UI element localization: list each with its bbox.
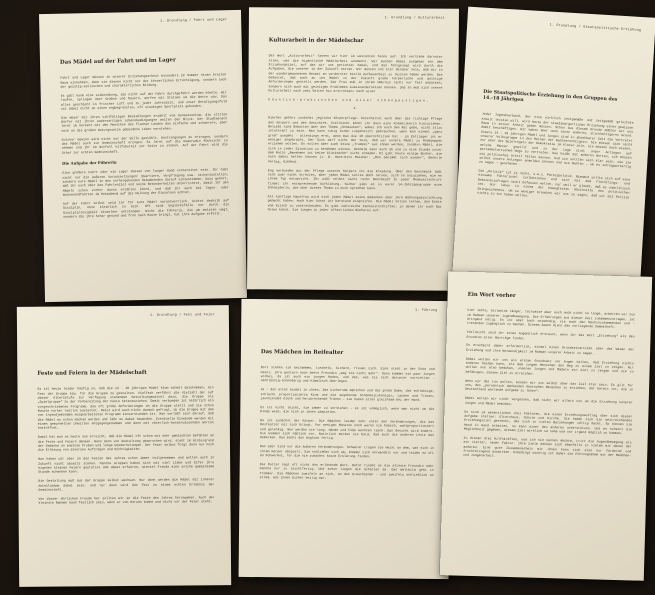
page-title: Das Mädchen im Reifealter	[261, 349, 435, 357]
page-body: Die Staatspolitische Erziehung in den Gr…	[457, 89, 652, 216]
page-title: Feste und Feiern in der Mädelschaft	[37, 369, 213, 377]
documents-photo: 1. Grundlung / Fahrt und Lager Das Mädel…	[0, 0, 655, 595]
page-title: Das Mädel auf der Fahrt und im Lager	[60, 56, 226, 66]
page-body: Kulturarbeit in der Mädelschar Das Wort …	[247, 37, 458, 223]
paragraph: Eine größere Fahrt oder ein Lager müssen…	[62, 167, 229, 197]
paragraph: Das Wort „Kulturarbeit“ fassen wir hier …	[268, 54, 442, 94]
paragraph: Zu diesen drei Hilfskräften, wie ich sie…	[463, 436, 632, 462]
paragraph: Solcher Gewinn wird nicht nur der Wille …	[62, 134, 228, 155]
paragraph: Es erscheint daher erforderlich, einmal …	[466, 343, 634, 356]
centerline: 1.	[268, 107, 442, 112]
paragraph: Eng verbunden mit der Pflege unseres Kör…	[268, 168, 442, 191]
document-page-5: 1. Führung Das Mädchen im Reifealter Dor…	[239, 299, 452, 579]
paragraph: Wenn wir das tun wollen, müssen wir uns …	[465, 378, 633, 396]
paragraph: Es gibt kaum eine Leibesübung, die nicht…	[61, 90, 227, 111]
paragraph: Vier Jahre, teilweise länger, teilweise …	[467, 308, 635, 330]
document-page-3: 1. Grundlung / Staatspolitische Erziehun…	[452, 7, 655, 290]
spaced: häuslich-praktischen und einer schöngeis…	[268, 97, 442, 103]
subhead: Die Aufgabe der Führerin	[62, 158, 228, 166]
paragraph: Es sind im wesentlichen drei Faktoren, d…	[464, 409, 633, 435]
paragraph: Ja – das alles einmal in ihnen. Das kich…	[260, 387, 434, 402]
paragraph: Von dieser ehrlichen Freude her sollten …	[38, 495, 214, 505]
page-header: 1. Grundlung / Kulturarbeit	[249, 7, 459, 20]
paragraph: Auf der Fahrt selbst seid ihr für eure M…	[63, 198, 229, 219]
page-body: Das Mädel auf der Fahrt und im Lager Fah…	[40, 56, 246, 230]
document-page-4: 1. Grundlung / Fest und Feier Feste und …	[17, 305, 231, 587]
page-header: 1. Grundlung / Fahrt und Lager	[39, 10, 241, 26]
paragraph: Es ist heute leider häufig so, daß die 1…	[37, 385, 213, 430]
paragraph: Dabei wollen wir uns als ersten Grundsat…	[465, 356, 633, 378]
paragraph: Das aber sind nur die äußeren Veränderun…	[260, 445, 434, 460]
paragraph: Als künftige Hausfrau wird sich jedes Mä…	[268, 194, 442, 213]
page-header: 1. Grundlung / Staatspolitische Erziehun…	[467, 7, 655, 34]
paragraph: Da ist zunächst der Körper. Die Mädchen …	[260, 418, 434, 442]
page-header: 1. Grundlung / Fest und Feier	[17, 305, 229, 319]
paragraph: Dabei wollen wir nicht vergessen, daß ni…	[465, 396, 633, 409]
paragraph: Fahrt und Lager müssen in unserer Erzieh…	[60, 72, 226, 89]
paragraph: Nun haben wir aber an den Festen des Jah…	[38, 455, 214, 474]
paragraph: Die „Politik“ ist ja nicht, s.w.z. Parte…	[477, 169, 630, 204]
page-body: Das Mädchen im Reifealter Dort stehen si…	[239, 349, 450, 492]
page-header: 1. Führung	[241, 299, 451, 313]
paragraph: Vielleicht seid ihr einen Augenblick ers…	[466, 330, 634, 343]
paragraph: Es ist nicht leicht, sie immer zu verste…	[260, 405, 434, 416]
paragraph: Damit hat man es heute nun erreicht, daß…	[38, 433, 214, 452]
page-body: Ein Wort vorher Vier Jahre, teilweise lä…	[443, 291, 652, 473]
paragraph: Die Weser mit ihren vielfältigen Besiedl…	[61, 112, 227, 133]
paragraph: Die Mutter sagt oft nicht das erlösende …	[260, 462, 434, 481]
paragraph: Die Gestaltung muß aus der Gruppe selbst…	[38, 477, 214, 492]
page-title: Ein Wort vorher	[468, 292, 636, 303]
page-title: Kulturarbeit in der Mädelschar	[269, 37, 443, 44]
paragraph: Hierher gehört zunächst jegliche Körperp…	[268, 116, 442, 165]
document-page-2: 1. Grundlung / Kulturarbeit Kulturarbeit…	[247, 7, 459, 290]
paragraph: Dort stehen sie beisammen, tuscheln, kic…	[261, 365, 435, 384]
page-title: Die Staatspolitische Erziehung in den Gr…	[483, 90, 635, 111]
page-body: Feste und Feiern in der Mädelschaft Es i…	[17, 369, 230, 516]
document-page-1: 1. Grundlung / Fahrt und Lager Das Mädel…	[39, 10, 247, 302]
document-page-6: Ein Wort vorher Vier Jahre, teilweise lä…	[440, 271, 652, 581]
paragraph: Jeder Jugendverband, der eine wirklich z…	[479, 112, 634, 173]
